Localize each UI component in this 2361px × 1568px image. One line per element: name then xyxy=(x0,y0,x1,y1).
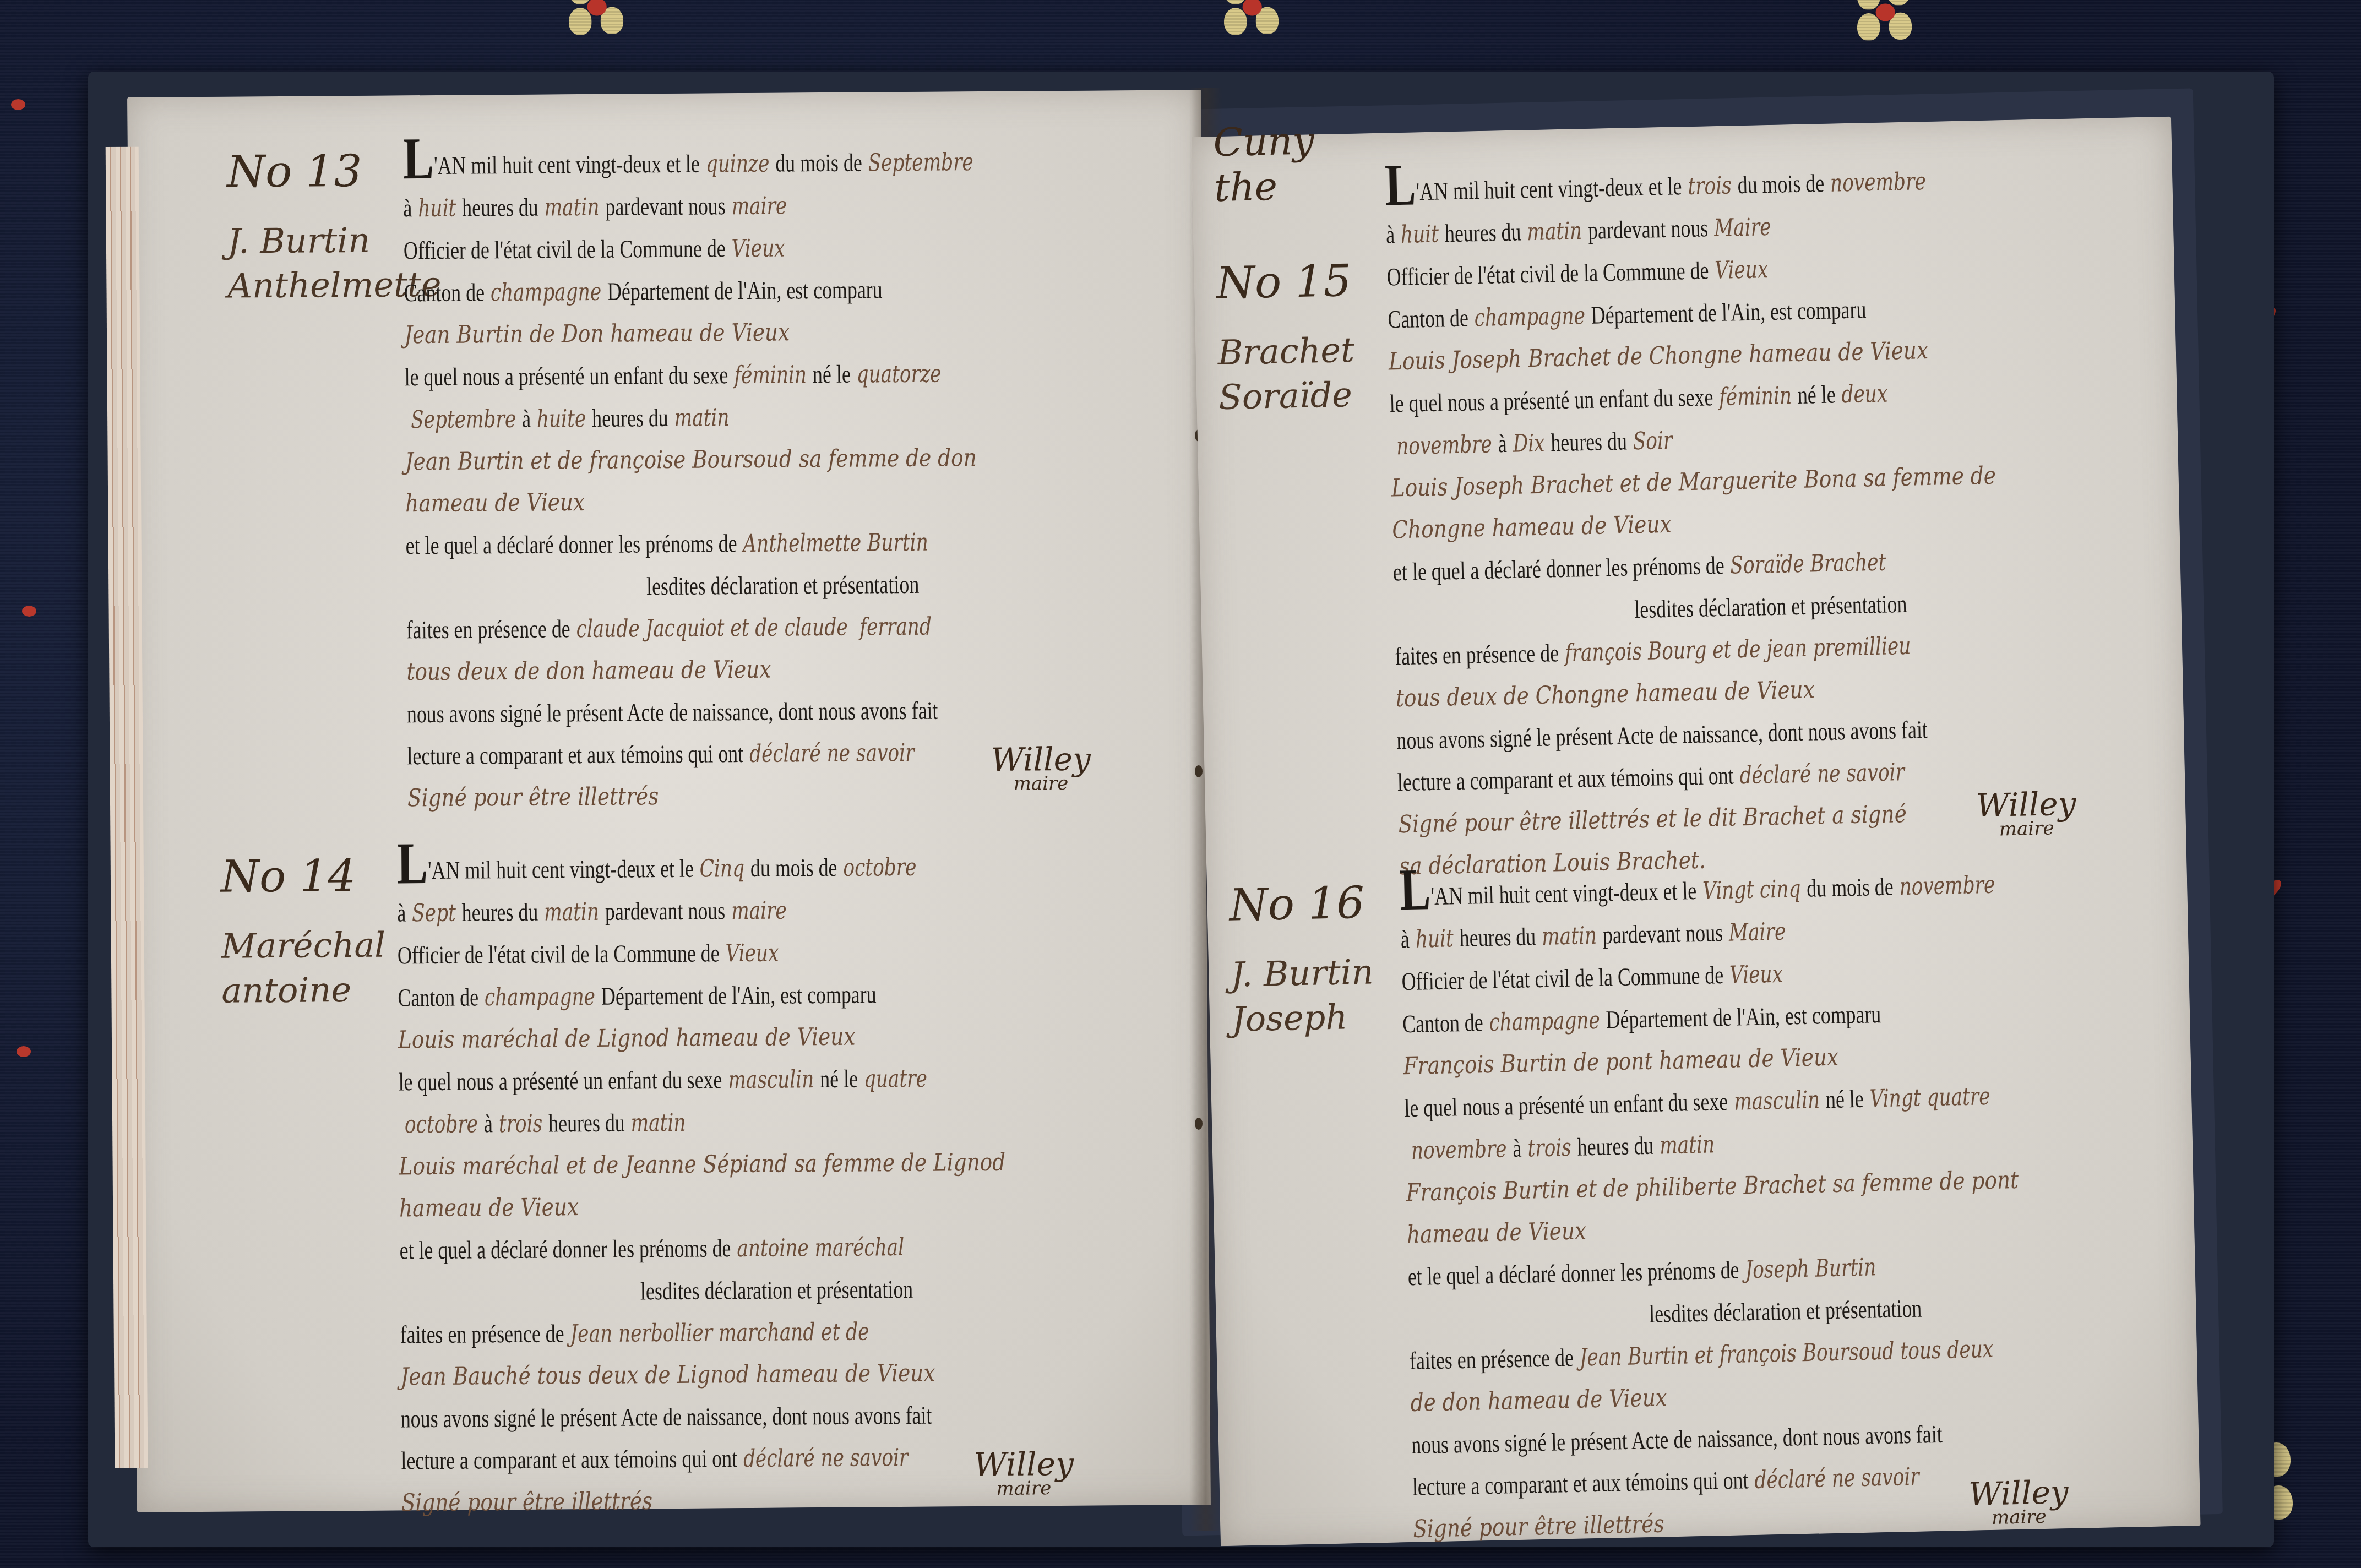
month-field: novembre xyxy=(1893,870,2001,901)
record-line: lecture a comparant et aux témoins qui o… xyxy=(407,731,1009,778)
record-line: L'AN mil huit cent vingt-deux et lequinz… xyxy=(403,141,1005,188)
given-names-field: Joseph Burtin xyxy=(1739,1253,1883,1284)
closing-field: Signé pour être illettrés xyxy=(407,773,1063,819)
drop-cap: L xyxy=(1399,857,1432,923)
record-line: lesdites déclaration et présentation xyxy=(406,563,1008,609)
record-line: faites en présence deJean nerbollier mar… xyxy=(400,1310,1002,1357)
drop-cap: L xyxy=(402,126,434,192)
record-line: Septembreàhuiteheures dumatin xyxy=(405,395,1007,442)
record-body: L'AN mil huit cent vingt-deux et lequinz… xyxy=(403,140,1179,820)
record-line: faites en présence declaude Jacquiot et … xyxy=(406,605,1008,652)
margin-surname: J. Burtin xyxy=(227,218,393,264)
witnesses-field: tous deux de don hameau de Vieux xyxy=(406,647,1062,693)
mayor-signature: Willey maire xyxy=(1976,785,2076,841)
witnesses-field: Jean nerbollier marchand et de xyxy=(564,1317,875,1348)
embroidered-flower-icon xyxy=(1853,0,1919,66)
closing-field: Signé pour être illettrés xyxy=(401,1478,1057,1524)
month-field: novembre xyxy=(1824,167,1933,198)
embroidered-dot-icon xyxy=(22,606,36,617)
day-field: trois xyxy=(1682,171,1738,200)
record-line: Canton dechampagneDépartement de l'Ain, … xyxy=(398,973,999,1020)
record-body: L'AN mil huit cent vingt-deux et leCinqd… xyxy=(397,845,1173,1525)
binding-stitch xyxy=(1195,1118,1203,1130)
record-line: nous avons signé le présent Acte de nais… xyxy=(401,1394,1003,1440)
margin-given-name: Anthelmette xyxy=(227,263,393,308)
margin-surname: Maréchal xyxy=(221,923,387,969)
record-margin: No 14 Maréchal antoine xyxy=(221,850,387,1013)
record-line: le quel nous a présenté un enfant du sex… xyxy=(404,352,1006,399)
parents-field: Louis maréchal et de Jeanne Sépiand sa f… xyxy=(399,1141,1054,1188)
drop-cap: L xyxy=(1384,152,1417,218)
record-line: àhuitheures dumatinpardevant nousmaire xyxy=(403,183,1005,230)
record-number: No 15 xyxy=(1216,254,1382,309)
record-margin: No 15 Brachet Soraïde xyxy=(1216,254,1384,420)
parents-field: Jean Burtin et de françoise Boursoud sa … xyxy=(405,437,1060,483)
margin-given-name: Joseph xyxy=(1231,994,1397,1042)
mayor-signature: Willey maire xyxy=(991,741,1091,795)
record-line: et le quel a déclaré donner les prénoms … xyxy=(405,521,1007,568)
margin-given-name: Soraïde xyxy=(1218,372,1384,420)
mayor-signature: Willey maire xyxy=(973,1445,1074,1500)
margin-surname: J. Burtin xyxy=(1230,949,1396,997)
record-line: àSeptheures dumatinpardevant nousmaire xyxy=(397,888,999,935)
record-line: et le quel a déclaré donner les prénoms … xyxy=(399,1226,1001,1272)
given-names-field: antoine maréchal xyxy=(731,1233,910,1262)
record-line: Canton dechampagneDépartement de l'Ain, … xyxy=(404,268,1005,315)
record-line: lecture a comparant et aux témoins qui o… xyxy=(401,1436,1003,1483)
record-body: L'AN mil huit cent vingt-deux et leVingt… xyxy=(1400,860,2184,1550)
witnesses-field: françois Bourg et de jean premillieu xyxy=(1558,632,1917,668)
record-line: lesdites déclaration et présentation xyxy=(400,1268,1002,1314)
record-line: Officier de l'état civil de la Commune d… xyxy=(404,226,1005,273)
parents-field: hameau de Vieux xyxy=(405,478,1061,525)
witnesses-field: Jean Bauché tous deux de Lignod hameau d… xyxy=(400,1352,1056,1398)
mayor-signature: Willey maire xyxy=(1968,1473,2069,1529)
record-line: octobreàtroisheures dumatin xyxy=(399,1099,1000,1146)
top-paraph: Cuny the xyxy=(1213,117,1347,230)
month-field: Septembre xyxy=(862,148,980,177)
given-names-field: Anthelmette Burtin xyxy=(737,529,934,558)
record-line: Officier de l'état civil de la Commune d… xyxy=(398,930,999,977)
margin-given-name: antoine xyxy=(221,967,387,1013)
record-margin: No 13 J. Burtin Anthelmette xyxy=(227,145,393,308)
embroidered-flower-icon xyxy=(564,0,630,61)
record-number: No 14 xyxy=(221,850,387,902)
record-line: L'AN mil huit cent vingt-deux et leCinqd… xyxy=(397,846,999,892)
given-names-field: Soraïde Brachet xyxy=(1724,548,1892,579)
drop-cap: L xyxy=(396,831,428,896)
witnesses-field: claude Jacquiot et de claude xyxy=(570,613,853,644)
declarant-field: Jean Burtin de Don hameau de Vieux xyxy=(404,310,1060,356)
embroidered-dot-icon xyxy=(17,1046,31,1057)
declarant-field: Louis maréchal de Lignod hameau de Vieux xyxy=(398,1015,1054,1061)
left-page: No 13 J. Burtin Anthelmette L'AN mil hui… xyxy=(127,90,1211,1512)
right-page: Cuny the No 15 Brachet Soraïde L'AN mil … xyxy=(1191,117,2200,1547)
parents-field: hameau de Vieux xyxy=(399,1183,1055,1229)
record-line: nous avons signé le présent Acte de nais… xyxy=(407,689,1009,736)
witnesses-field: Jean Burtin et françois Boursoud tous de… xyxy=(1573,1335,1999,1372)
embroidered-dot-icon xyxy=(11,99,25,110)
embroidered-flower-icon xyxy=(1220,0,1286,61)
day-field: Vingt cinq xyxy=(1696,875,1807,905)
record-number: No 16 xyxy=(1229,876,1395,931)
record-line: le quel nous a présenté un enfant du sex… xyxy=(398,1057,1000,1104)
day-field: Cinq xyxy=(694,854,751,883)
binding-stitch xyxy=(1195,765,1203,777)
record-body: L'AN mil huit cent vingt-deux et letrois… xyxy=(1385,155,2170,888)
record-number: No 13 xyxy=(227,145,393,197)
month-field: octobre xyxy=(837,853,922,882)
margin-surname: Brachet xyxy=(1217,328,1384,375)
day-field: quinze xyxy=(700,150,776,178)
record-margin: No 16 J. Burtin Joseph xyxy=(1229,876,1397,1042)
